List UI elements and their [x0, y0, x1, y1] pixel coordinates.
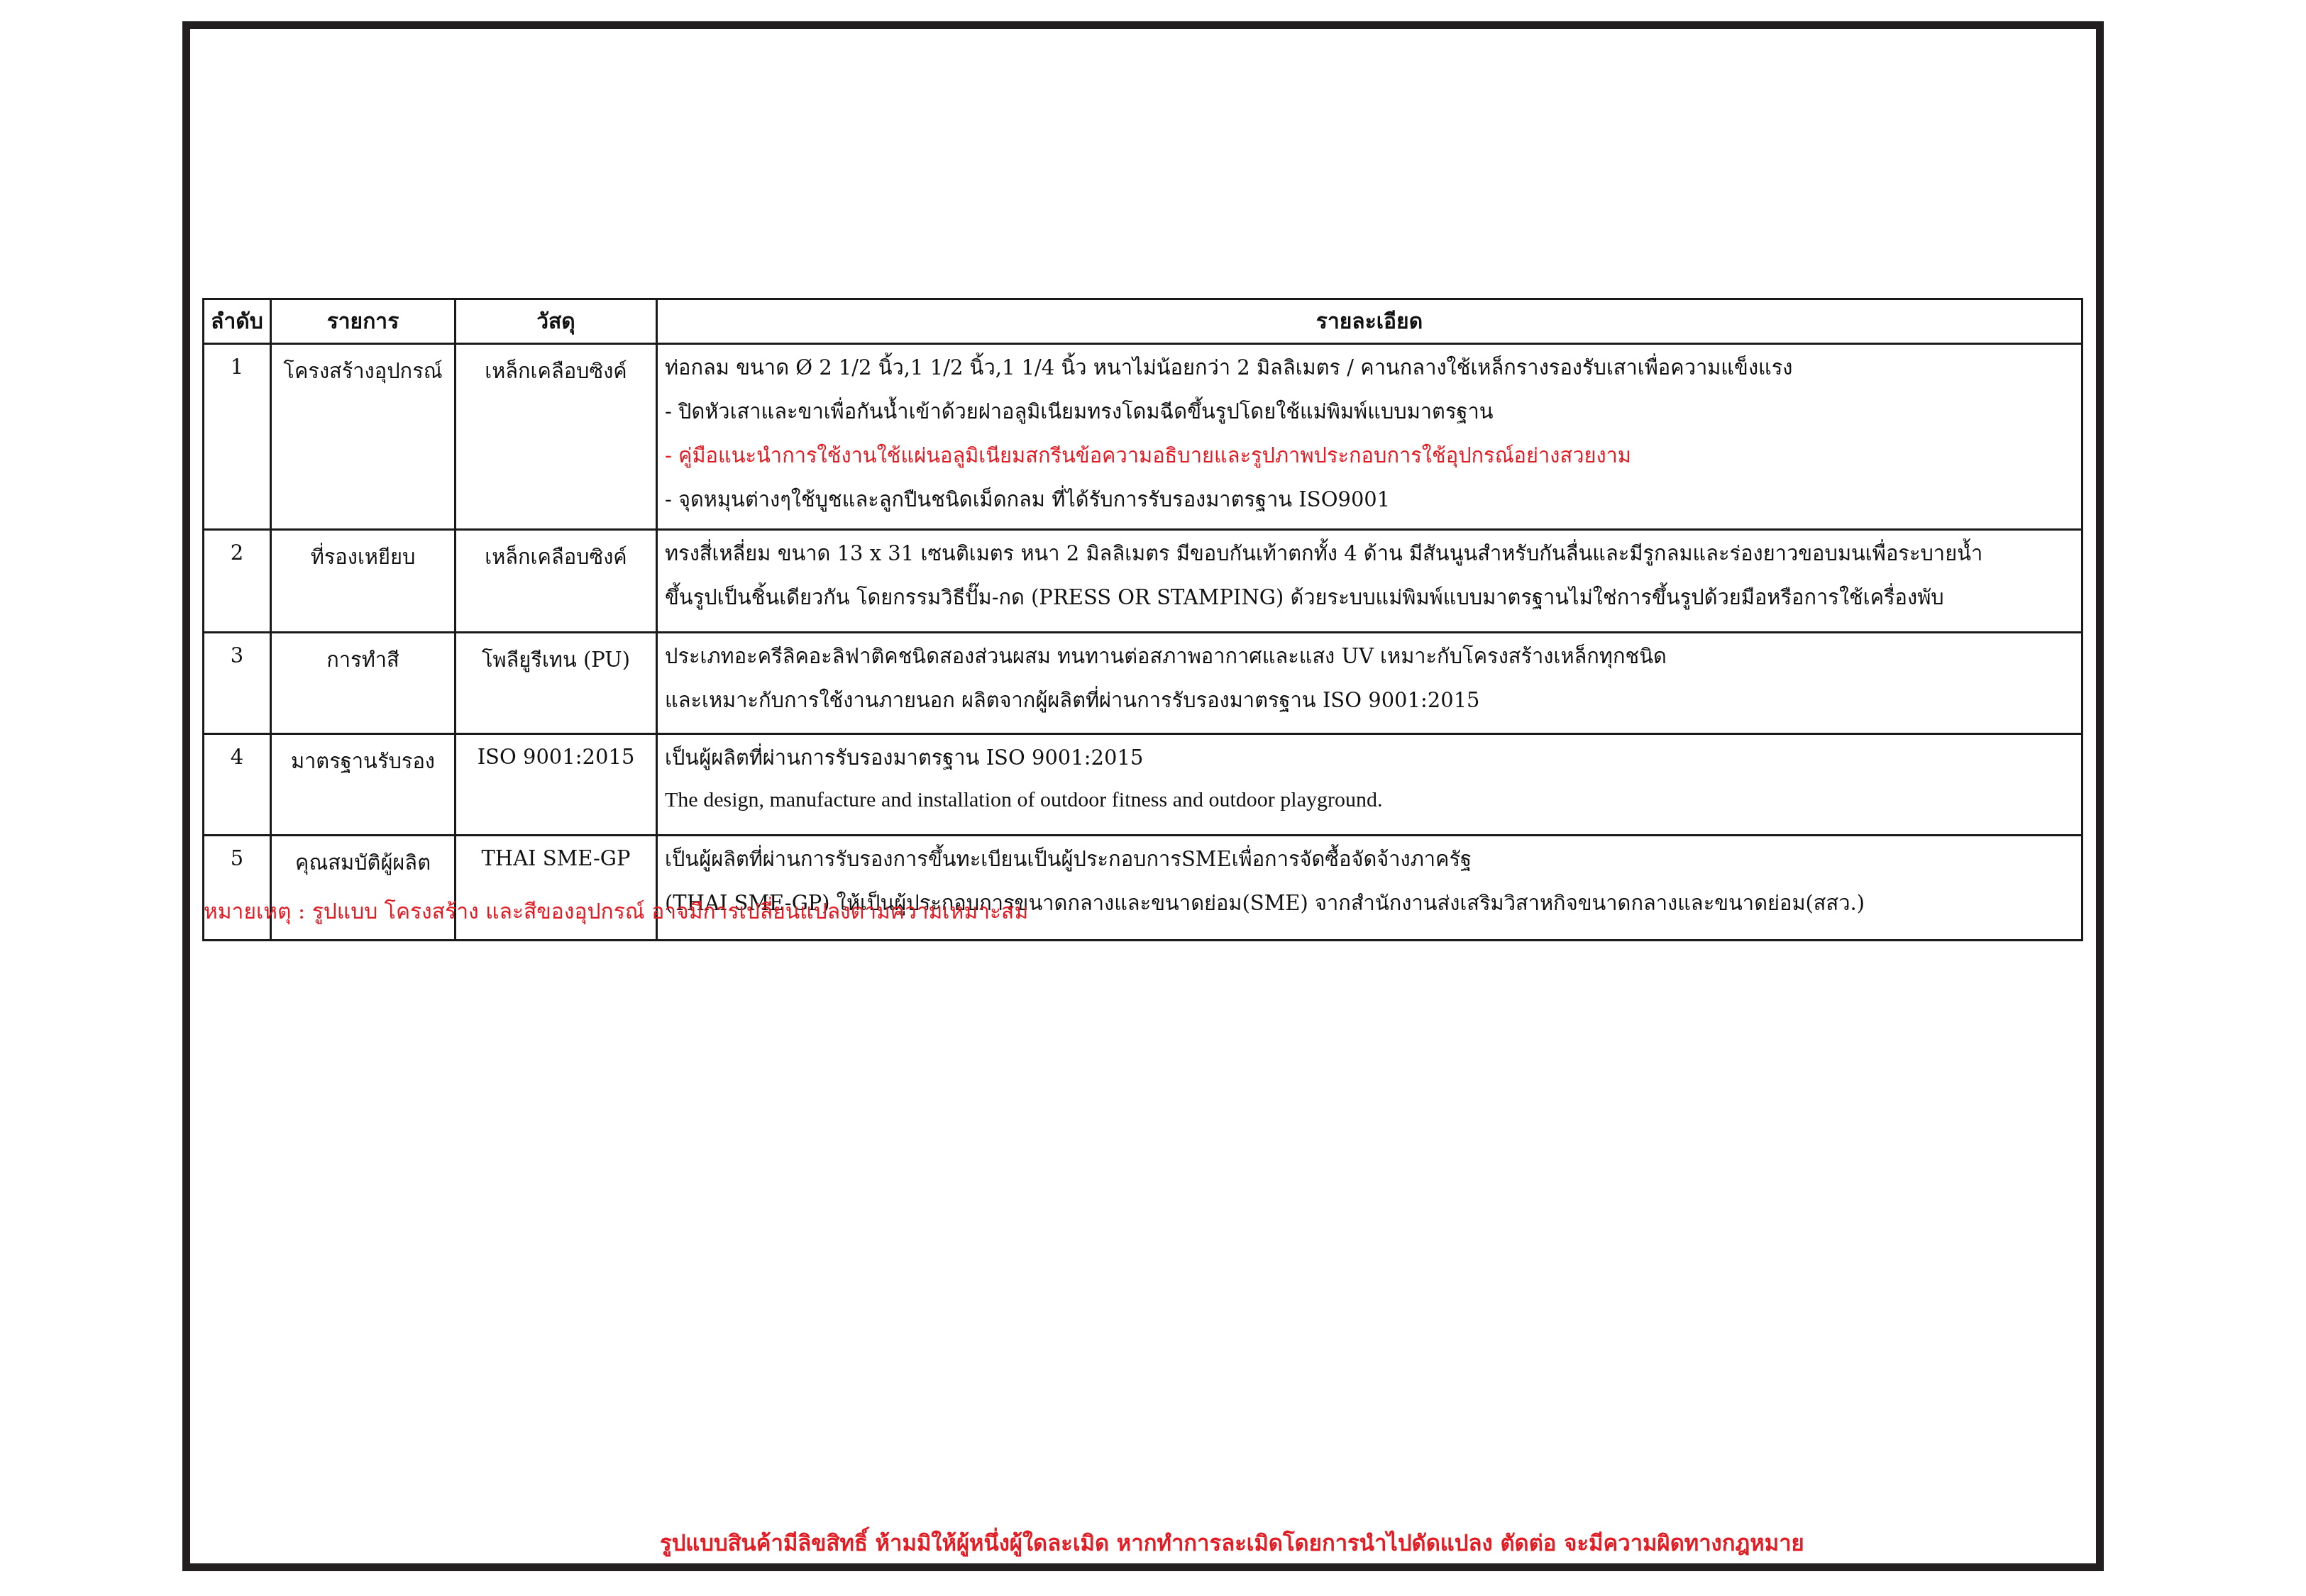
cell-no: 3 — [204, 633, 271, 734]
cell-details: ประเภทอะครีลิคอะลิฟาติคชนิดสองส่วนผสม ทน… — [657, 633, 2082, 734]
copyright-notice: รูปแบบสินค้ามีลิขสิทธิ์ ห้ามมิให้ผู้หนึ่… — [660, 1525, 1804, 1561]
detail-line: ขึ้นรูปเป็นชิ้นเดียวกัน โดยกรรมวิธีปั๊ม-… — [665, 580, 2081, 624]
cell-material: ISO 9001:2015 — [456, 734, 657, 836]
table-header-row: ลำดับ รายการ วัสดุ รายละเอียด — [204, 299, 2082, 344]
detail-line: และเหมาะกับการใช้งานภายนอก ผลิตจากผู้ผลิ… — [665, 683, 2081, 727]
cell-item: การทำสี — [271, 633, 456, 734]
cell-no: 1 — [204, 344, 271, 530]
cell-details: เป็นผู้ผลิตที่ผ่านการรับรองมาตรฐาน ISO 9… — [657, 734, 2082, 836]
header-details: รายละเอียด — [657, 299, 2082, 344]
cell-no: 4 — [204, 734, 271, 836]
detail-line: The design, manufacture and installation… — [665, 783, 2081, 826]
detail-line: - คู่มือแนะนำการใช้งานใช้แผ่นอลูมิเนียมส… — [665, 438, 2081, 482]
header-no: ลำดับ — [204, 299, 271, 344]
cell-no: 2 — [204, 530, 271, 633]
cell-material: เหล็กเคลือบซิงค์ — [456, 344, 657, 530]
table-row: 2ที่รองเหยียบเหล็กเคลือบซิงค์ทรงสี่เหลี่… — [204, 530, 2082, 633]
cell-material: โพลียูรีเทน (PU) — [456, 633, 657, 734]
detail-line: ทรงสี่เหลี่ยม ขนาด 13 x 31 เซนติเมตร หนา… — [665, 536, 2081, 580]
cell-item: โครงสร้างอุปกรณ์ — [271, 344, 456, 530]
cell-item: มาตรฐานรับรอง — [271, 734, 456, 836]
detail-line: เป็นผู้ผลิตที่ผ่านการรับรองการขึ้นทะเบีย… — [665, 842, 2081, 886]
detail-line: ประเภทอะครีลิคอะลิฟาติคชนิดสองส่วนผสม ทน… — [665, 639, 2081, 683]
table-row: 3การทำสีโพลียูรีเทน (PU)ประเภทอะครีลิคอะ… — [204, 633, 2082, 734]
detail-line: - จุดหมุนต่างๆใช้บูชและลูกปืนชนิดเม็ดกลม… — [665, 482, 2081, 526]
remark-note: หมายเหตุ : รูปแบบ โครงสร้าง และสีของอุปก… — [204, 895, 1028, 929]
cell-details: ทรงสี่เหลี่ยม ขนาด 13 x 31 เซนติเมตร หนา… — [657, 530, 2082, 633]
cell-material: เหล็กเคลือบซิงค์ — [456, 530, 657, 633]
table-row: 4มาตรฐานรับรองISO 9001:2015เป็นผู้ผลิตที… — [204, 734, 2082, 836]
detail-line: - ปิดหัวเสาและขาเพื่อกันน้ำเข้าด้วยฝาอลู… — [665, 394, 2081, 438]
header-item: รายการ — [271, 299, 456, 344]
spec-table: ลำดับ รายการ วัสดุ รายละเอียด 1โครงสร้าง… — [202, 298, 2083, 941]
cell-details: ท่อกลม ขนาด Ø 2 1/2 นิ้ว,1 1/2 นิ้ว,1 1/… — [657, 344, 2082, 530]
header-material: วัสดุ — [456, 299, 657, 344]
detail-line: ท่อกลม ขนาด Ø 2 1/2 นิ้ว,1 1/2 นิ้ว,1 1/… — [665, 350, 2081, 394]
table-row: 1โครงสร้างอุปกรณ์เหล็กเคลือบซิงค์ท่อกลม … — [204, 344, 2082, 530]
cell-item: ที่รองเหยียบ — [271, 530, 456, 633]
detail-line: เป็นผู้ผลิตที่ผ่านการรับรองมาตรฐาน ISO 9… — [665, 741, 2081, 783]
